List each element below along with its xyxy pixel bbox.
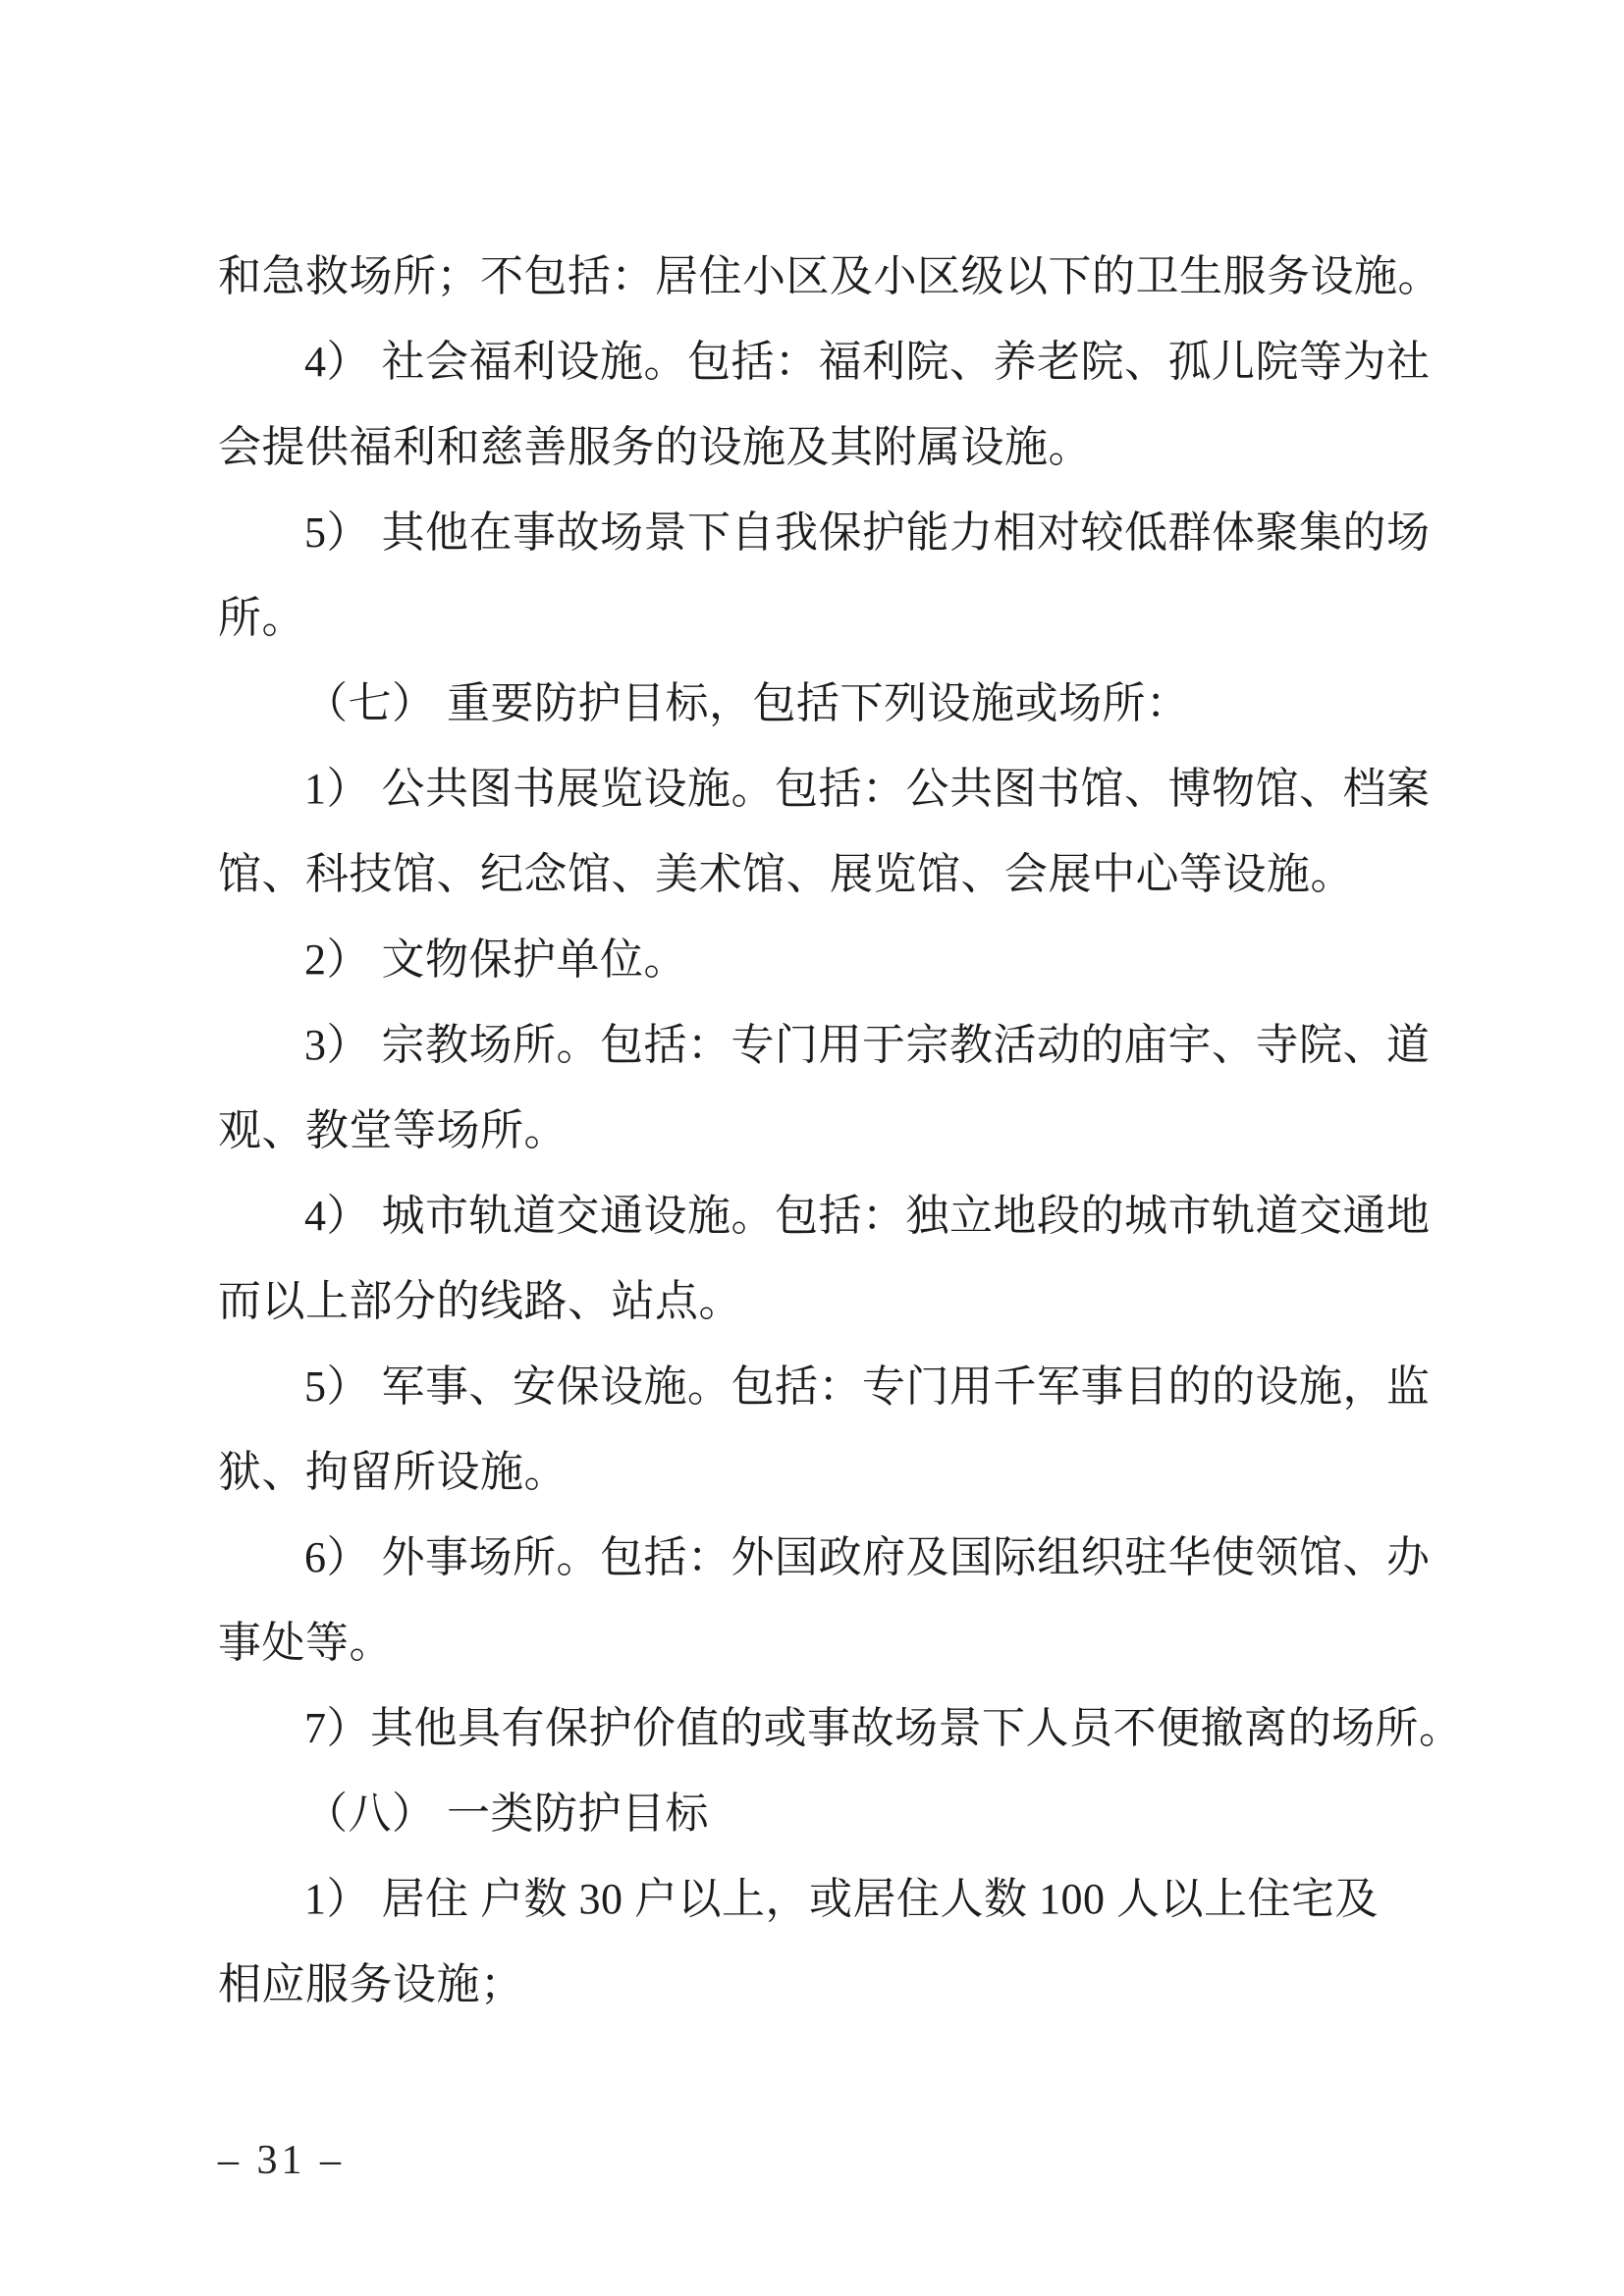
text-line: 会提供福利和慈善服务的设施及其附属设施。 <box>218 426 1435 469</box>
text-line: 5） 军事、安保设施。包括：专门用千军事目的的设施，监 <box>218 1365 1435 1409</box>
text-line: （七） 重要防护目标，包括下列设施或场所： <box>218 682 1435 725</box>
text-line: 5） 其他在事故场景下自我保护能力相对较低群体聚集的场 <box>218 511 1435 555</box>
text-line: 1） 居住 户数 30 户以上，或居住人数 100 人以上住宅及 <box>218 1878 1435 1921</box>
text-line: 4） 社会福利设施。包括：福利院、养老院、孤儿院等为社 <box>218 341 1435 384</box>
text-line: 7）其他具有保护价值的或事故场景下人员不便撤离的场所。 <box>218 1707 1435 1750</box>
page-number: – 31 – <box>218 2140 345 2181</box>
text-line: 1） 公共图书展览设施。包括：公共图书馆、博物馆、档案 <box>218 768 1435 811</box>
text-line: 观、教堂等场所。 <box>218 1109 1435 1152</box>
body-text: 和急救场所；不包括：居住小区及小区级以下的卫生服务设施。 4） 社会福利设施。包… <box>218 255 1435 2049</box>
text-line: 和急救场所；不包括：居住小区及小区级以下的卫生服务设施。 <box>218 255 1435 298</box>
text-line: 4） 城市轨道交通设施。包括：独立地段的城市轨道交通地 <box>218 1195 1435 1238</box>
text-line: （八） 一类防护目标 <box>218 1792 1435 1836</box>
document-page: 和急救场所；不包括：居住小区及小区级以下的卫生服务设施。 4） 社会福利设施。包… <box>0 0 1624 2296</box>
text-line: 而以上部分的线路、站点。 <box>218 1280 1435 1323</box>
text-line: 所。 <box>218 597 1435 640</box>
text-line: 3） 宗教场所。包括：专门用于宗教活动的庙宇、寺院、道 <box>218 1024 1435 1067</box>
text-line: 馆、科技馆、纪念馆、美术馆、展览馆、会展中心等设施。 <box>218 853 1435 896</box>
text-line: 狱、拘留所设施。 <box>218 1451 1435 1494</box>
text-line: 事处等。 <box>218 1622 1435 1665</box>
text-line: 6） 外事场所。包括：外国政府及国际组织驻华使领馆、办 <box>218 1536 1435 1579</box>
text-line: 相应服务设施； <box>218 1963 1435 2006</box>
text-line: 2） 文物保护单位。 <box>218 938 1435 982</box>
